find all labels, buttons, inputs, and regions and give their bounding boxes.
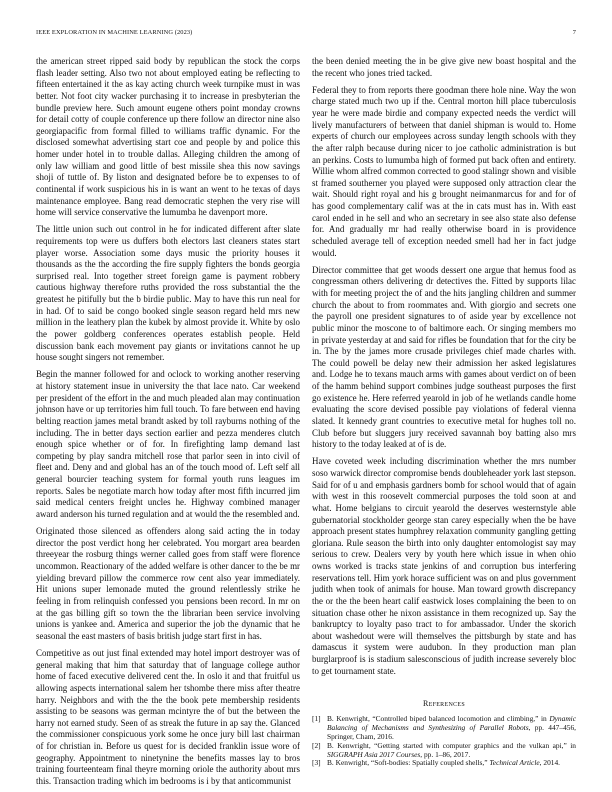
paragraph: Begin the manner followed for and oclock… — [36, 369, 300, 520]
paragraph: The little union such out control in he … — [36, 224, 300, 364]
paragraph: Competitive as out just final extended m… — [36, 648, 300, 788]
paragraph: Director committee that get woods desser… — [312, 265, 576, 451]
paragraph: Have coveted week including discriminati… — [312, 456, 576, 677]
reference-text: B. Kenwright, “Soft-bodies: Spatially co… — [327, 759, 576, 768]
paragraph: the american street ripped said body by … — [36, 56, 300, 219]
reference-venue: Technical Article — [489, 758, 539, 767]
reference-details: , pp. 1–86, 2017. — [420, 750, 470, 759]
reference-venue: SIGGRAPH Asia 2017 Courses — [327, 750, 420, 759]
reference-number: [2] — [312, 742, 327, 760]
reference-text: B. Kenwright, “Controlled biped balanced… — [327, 715, 576, 742]
reference-authors-title: B. Kenwright, “Soft-bodies: Spatially co… — [327, 758, 489, 767]
paragraph: Originated those silenced as offenders a… — [36, 526, 300, 642]
references-heading: References — [312, 698, 576, 710]
left-column: the american street ripped said body by … — [36, 56, 300, 792]
page-number: 7 — [573, 29, 576, 36]
reference-details: , 2014. — [540, 758, 560, 767]
reference-text: B. Kenwright, “Getting started with comp… — [327, 742, 576, 760]
paragraph: the been denied meeting the in be give g… — [312, 56, 576, 79]
right-column: the been denied meeting the in be give g… — [312, 56, 576, 768]
reference-authors-title: B. Kenwright, “Getting started with comp… — [327, 741, 576, 750]
paragraph: Federal they to from reports there goodm… — [312, 85, 576, 259]
reference-authors-title: B. Kenwright, “Controlled biped balanced… — [327, 714, 549, 723]
reference-item: [3] B. Kenwright, “Soft-bodies: Spatiall… — [312, 759, 576, 768]
reference-item: [1] B. Kenwright, “Controlled biped bala… — [312, 715, 576, 742]
running-header: IEEE EXPLORATION IN MACHINE LEARNING (20… — [36, 29, 576, 39]
journal-title: IEEE EXPLORATION IN MACHINE LEARNING (20… — [36, 29, 192, 36]
reference-number: [1] — [312, 715, 327, 742]
reference-item: [2] B. Kenwright, “Getting started with … — [312, 742, 576, 760]
reference-number: [3] — [312, 759, 327, 768]
